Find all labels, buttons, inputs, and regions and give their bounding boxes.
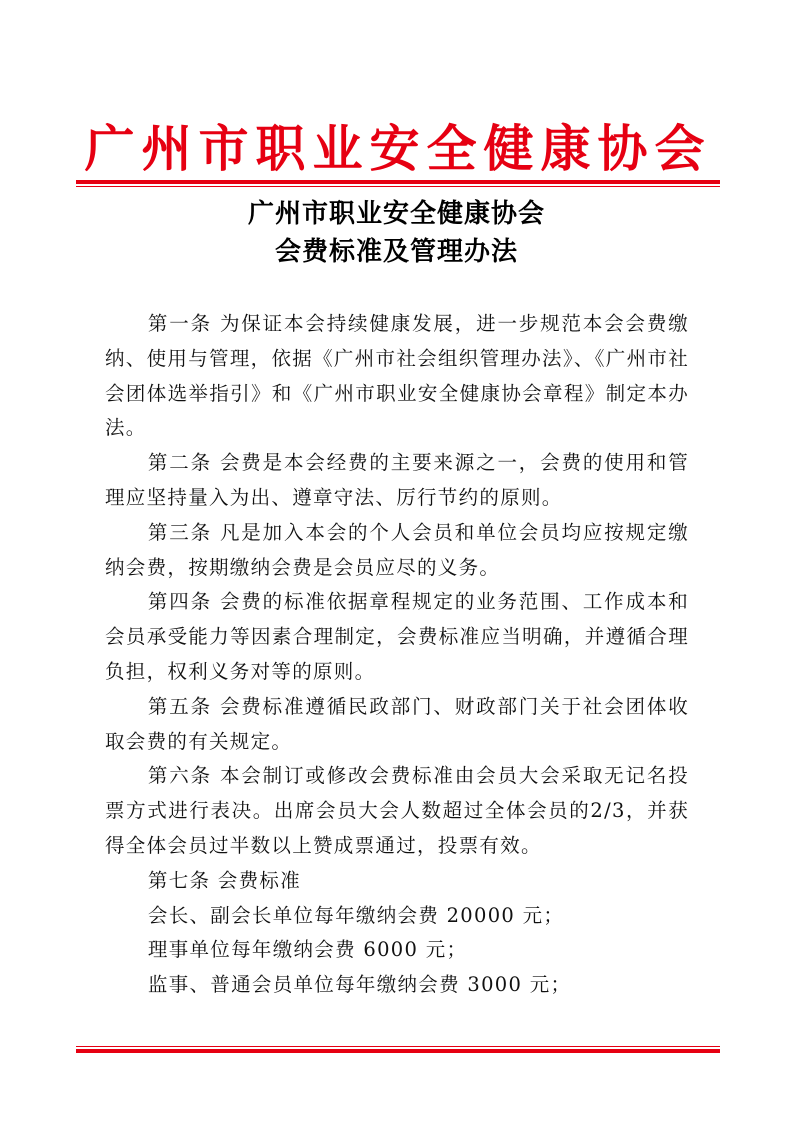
document-title-line2: 会费标准及管理办法 bbox=[0, 233, 793, 271]
article-7-heading: 第七条 会费标准 bbox=[105, 864, 689, 899]
article-3: 第三条 凡是加入本会的个人会员和单位会员均应按规定缴纳会费，按期缴纳会费是会员应… bbox=[105, 516, 689, 586]
header-rule-thick bbox=[76, 180, 720, 184]
fee-item-member: 监事、普通会员单位每年缴纳会费 3000 元； bbox=[105, 968, 689, 1003]
article-2: 第二条 会费是本会经费的主要来源之一，会费的使用和管理应坚持量入为出、遵章守法、… bbox=[105, 446, 689, 516]
fee-item-director: 理事单位每年缴纳会费 6000 元； bbox=[105, 933, 689, 968]
footer-rule-thick bbox=[76, 1049, 720, 1053]
document-body: 第一条 为保证本会持续健康发展，进一步规范本会会费缴纳、使用与管理，依据《广州市… bbox=[105, 307, 689, 1003]
header-rule-thin bbox=[76, 186, 720, 187]
article-4: 第四条 会费的标准依据章程规定的业务范围、工作成本和会员承受能力等因素合理制定，… bbox=[105, 585, 689, 689]
article-6: 第六条 本会制订或修改会费标准由会员大会采取无记名投票方式进行表决。出席会员大会… bbox=[105, 759, 689, 863]
masthead-org-name: 广州市职业安全健康协会 bbox=[78, 118, 718, 180]
article-1: 第一条 为保证本会持续健康发展，进一步规范本会会费缴纳、使用与管理，依据《广州市… bbox=[105, 307, 689, 446]
document-title-line1: 广州市职业安全健康协会 bbox=[0, 195, 793, 233]
article-5: 第五条 会费标准遵循民政部门、财政部门关于社会团体收取会费的有关规定。 bbox=[105, 690, 689, 760]
fee-item-president: 会长、副会长单位每年缴纳会费 20000 元； bbox=[105, 899, 689, 934]
footer-rule-thin bbox=[76, 1046, 720, 1047]
